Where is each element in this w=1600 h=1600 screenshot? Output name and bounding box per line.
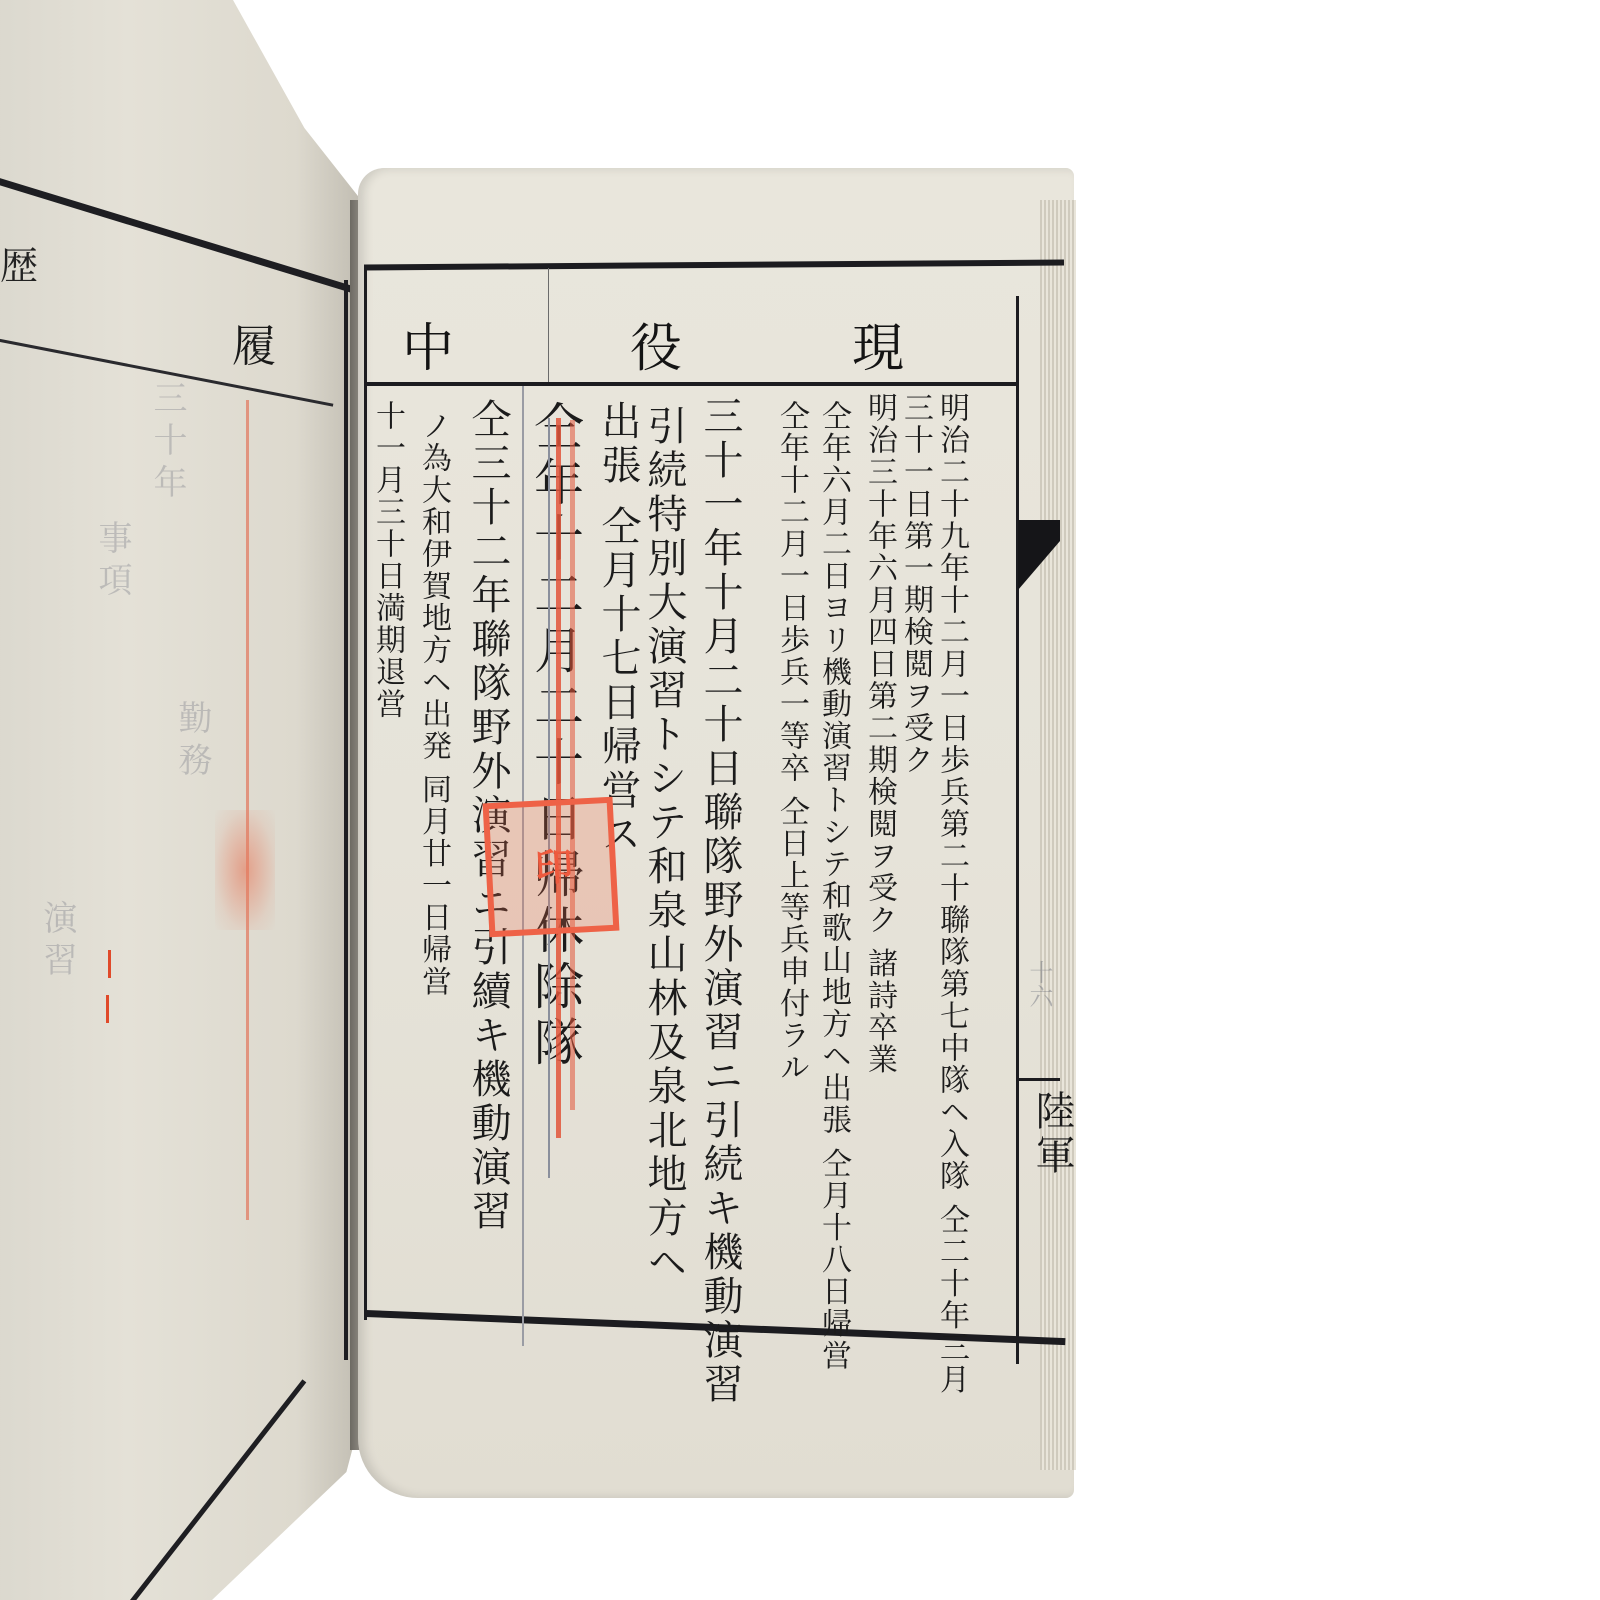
record-entry: 十一月三十日満期退営 <box>372 400 402 720</box>
ghost-text-column: 三十年 <box>150 380 184 506</box>
heading-char-chu: 中 <box>402 306 454 381</box>
red-seal-bleed <box>215 810 275 930</box>
ghost-text-column: 事項 <box>95 520 129 604</box>
heading-bottom-rule <box>364 382 1018 386</box>
record-entry: 明治三十年六月四日第二期検閲ヲ受ク 諸詩卒業 <box>864 392 894 1076</box>
heading-char-gen: 現 <box>852 306 904 381</box>
grey-strike-line <box>548 418 550 1178</box>
left-page-border <box>344 280 348 1360</box>
seal-text: 印 <box>522 846 579 889</box>
record-entry: 仝年十二月一日歩兵一等卒 仝日上等兵申付ラル <box>776 400 806 1084</box>
frame-left-rule <box>364 268 367 1320</box>
heading-char-eki: 役 <box>630 306 682 381</box>
side-tab-rule <box>1016 1078 1060 1081</box>
ghost-text-column: 演習 <box>40 900 74 984</box>
red-strike-line <box>556 418 561 1138</box>
red-strike-line <box>570 420 575 1110</box>
left-page-heading: 履 <box>232 310 276 374</box>
record-entry: ノ為大和伊賀地方ヘ出発 同月廿一日帰営 <box>418 410 448 998</box>
record-entry: 三十一日第一期検閲ヲ受ク <box>900 392 930 776</box>
record-entry: 三十一年十月二十日聯隊野外演習ニ引続キ機動演習 <box>700 395 740 1407</box>
frame-right-rule <box>1016 296 1019 1364</box>
red-mark <box>108 950 111 978</box>
record-entry: 明治二十九年十二月一日歩兵第二十聯隊第七中隊ヘ入隊 仝二十年三月 <box>936 392 966 1396</box>
red-seal-stamp: 印 <box>483 797 620 938</box>
left-edge-character: 歴 <box>0 235 38 290</box>
record-entry: 仝年六月二日ヨリ機動演習トシテ和歌山地方ヘ出張 仝月十八日帰営 <box>818 400 848 1372</box>
heading-divider <box>548 268 549 382</box>
side-label: 陸軍 <box>1024 1090 1081 1178</box>
ghost-text-column: 勤務 <box>175 700 209 784</box>
record-entry: 引続特別大演習トシテ和泉山林及泉北地方ヘ <box>644 405 684 1285</box>
red-mark <box>106 995 109 1023</box>
side-ghost-text: 十六 <box>1022 960 1057 1008</box>
record-entry: 出張 仝月十七日帰営ス <box>598 400 638 857</box>
page-edges <box>1040 200 1076 1470</box>
